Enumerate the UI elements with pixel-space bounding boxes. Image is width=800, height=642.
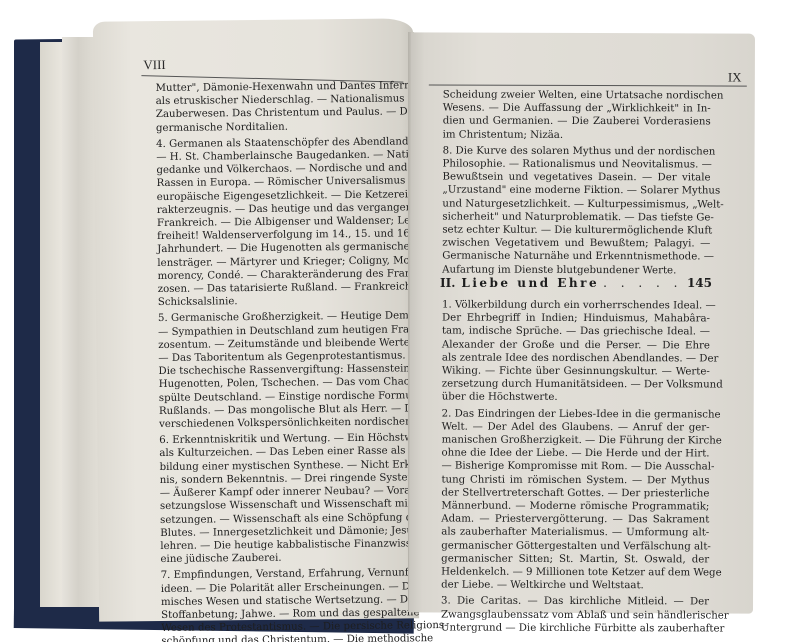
text-line: Zwangsglaubenssatz vom Ablaß und sein hä… <box>441 608 709 622</box>
text-line: Welt. — Der Adel des Glaubens. — Anruf d… <box>442 420 710 434</box>
text-line: als zentrale Idee des nordischen Abendla… <box>442 351 710 365</box>
text-line: zersetzung durch Humanitätsideen. — Der … <box>442 378 710 392</box>
text-line: manischen Großherzigkeit. — Die Führung … <box>442 434 710 448</box>
text-line: Schicksalslinie. <box>158 294 398 310</box>
text-line: germanischer Göttergestalten und Verfäls… <box>441 539 709 553</box>
text-line: der Stellvertreterschaft Gottes. — Der p… <box>441 486 709 500</box>
page-number-left: VIII <box>143 57 166 73</box>
right-page: IX Scheidung zweier Welten, eine Urtatsa… <box>409 32 755 613</box>
text-line: Alexander der Große und die Perser. — Di… <box>442 338 710 352</box>
text-line: zosen. — Das tatarisierte Rußland. — Fra… <box>158 281 398 297</box>
left-page: VIII Mutter", Dämonie-Hexenwahn und Dant… <box>93 18 419 621</box>
text-line: zwischen Vegetativem und Bewußtem; Palag… <box>442 237 710 251</box>
chapter-numeral: II. <box>440 276 455 290</box>
text-line: tam, indische Sprüche. — Das griechische… <box>442 325 710 339</box>
right-page-text-top: Scheidung zweier Welten, eine Urtatsache… <box>442 89 711 278</box>
text-line: lehren. — Die heutige kabbalistische Fin… <box>160 537 400 553</box>
text-line: sicherheit" und Naturproblematik. — Das … <box>442 210 710 224</box>
text-line: „Urzustand" eine moderne Fiktion. — Sola… <box>442 184 710 198</box>
text-line: germanische Norditalien. <box>156 119 396 135</box>
text-line: Untergrund — Die kirchliche Fürbitte als… <box>441 621 709 635</box>
text-line: und Naturgesetzlichkeit. — Kulturpessimi… <box>442 197 710 211</box>
text-line: ohne die Idee der Liebe. — Die Herde und… <box>442 447 710 461</box>
text-line: Heldenkelch. — 9 Millionen tote Ketzer a… <box>441 566 709 580</box>
text-line: 3. Die Caritas. — Das kirchliche Mitleid… <box>441 595 709 609</box>
text-line: 1. Völkerbildung durch ein vorherrschend… <box>442 299 710 313</box>
text-line: 2. Das Eindringen der Liebes-Idee in die… <box>442 407 710 421</box>
text-line: Germanische Naturnähe und Erkenntnismeth… <box>442 250 710 264</box>
text-line: Wesens. — Die Auffassung der „Wirklichke… <box>443 102 711 116</box>
text-line: dien und Germanien. — Die Zauberei Vorde… <box>443 115 711 129</box>
page-number-right: IX <box>728 70 742 86</box>
text-line: setz echter Kultur. — Die kulturermöglic… <box>442 224 710 238</box>
text-line: als zauberhafter Materialismus. — Umform… <box>441 526 709 540</box>
left-page-text: Mutter", Dämonie-Hexenwahn und Dantes In… <box>156 80 402 642</box>
text-line: Der Ehrbegriff in Indien; Hinduismus, Ma… <box>442 312 710 326</box>
chapter-leader-dots: . . . . . . . . <box>599 276 687 290</box>
text-line: — Bisherige Kompromisse mit Rom. — Die A… <box>441 460 709 474</box>
chapter-title: Liebe und Ehre <box>461 276 599 290</box>
text-line: verschiedenen Volkspersönlichkeiten nord… <box>159 416 399 432</box>
text-line: 8. Die Kurve des solaren Mythus und der … <box>443 144 711 158</box>
header-rule-right <box>429 84 747 86</box>
text-line: über die Höchstwerte. <box>442 391 710 405</box>
text-line: eine jüdische Zauberei. <box>160 551 400 567</box>
text-line: im Christentum; Nizäa. <box>443 128 711 142</box>
text-line: Wiking. — Fichte über Gesinnungskultur. … <box>442 365 710 379</box>
text-line: schöpfung und das Christentum. — Die met… <box>161 633 401 642</box>
text-line: Philosophie. — Rationalismus und Neovita… <box>443 158 711 172</box>
chapter-heading: II. Liebe und Ehre . . . . . . . . 145 <box>440 276 712 290</box>
text-line: Adam. — Priestervergötterung. — Das Sakr… <box>441 513 709 527</box>
right-page-text-bottom: 1. Völkerbildung durch ein vorherrschend… <box>441 296 710 636</box>
text-line: Scheidung zweier Welten, eine Urtatsache… <box>443 89 711 103</box>
text-line: germanischer Sitten; St. Martin, St. Osw… <box>441 552 709 566</box>
text-line: Bewußtsein und vegetatives Dasein. — Der… <box>442 171 710 185</box>
text-line: Zauberwesen. Das Christentum und Paulus.… <box>156 106 396 122</box>
text-line: tung Christi im römischen System. — Der … <box>441 473 709 487</box>
chapter-page-number: 145 <box>687 276 712 290</box>
text-line: Männerbund. — Moderne römische Programma… <box>441 500 709 514</box>
text-line: der Liebe. — Weltkirche und Weltstaat. <box>441 579 709 593</box>
